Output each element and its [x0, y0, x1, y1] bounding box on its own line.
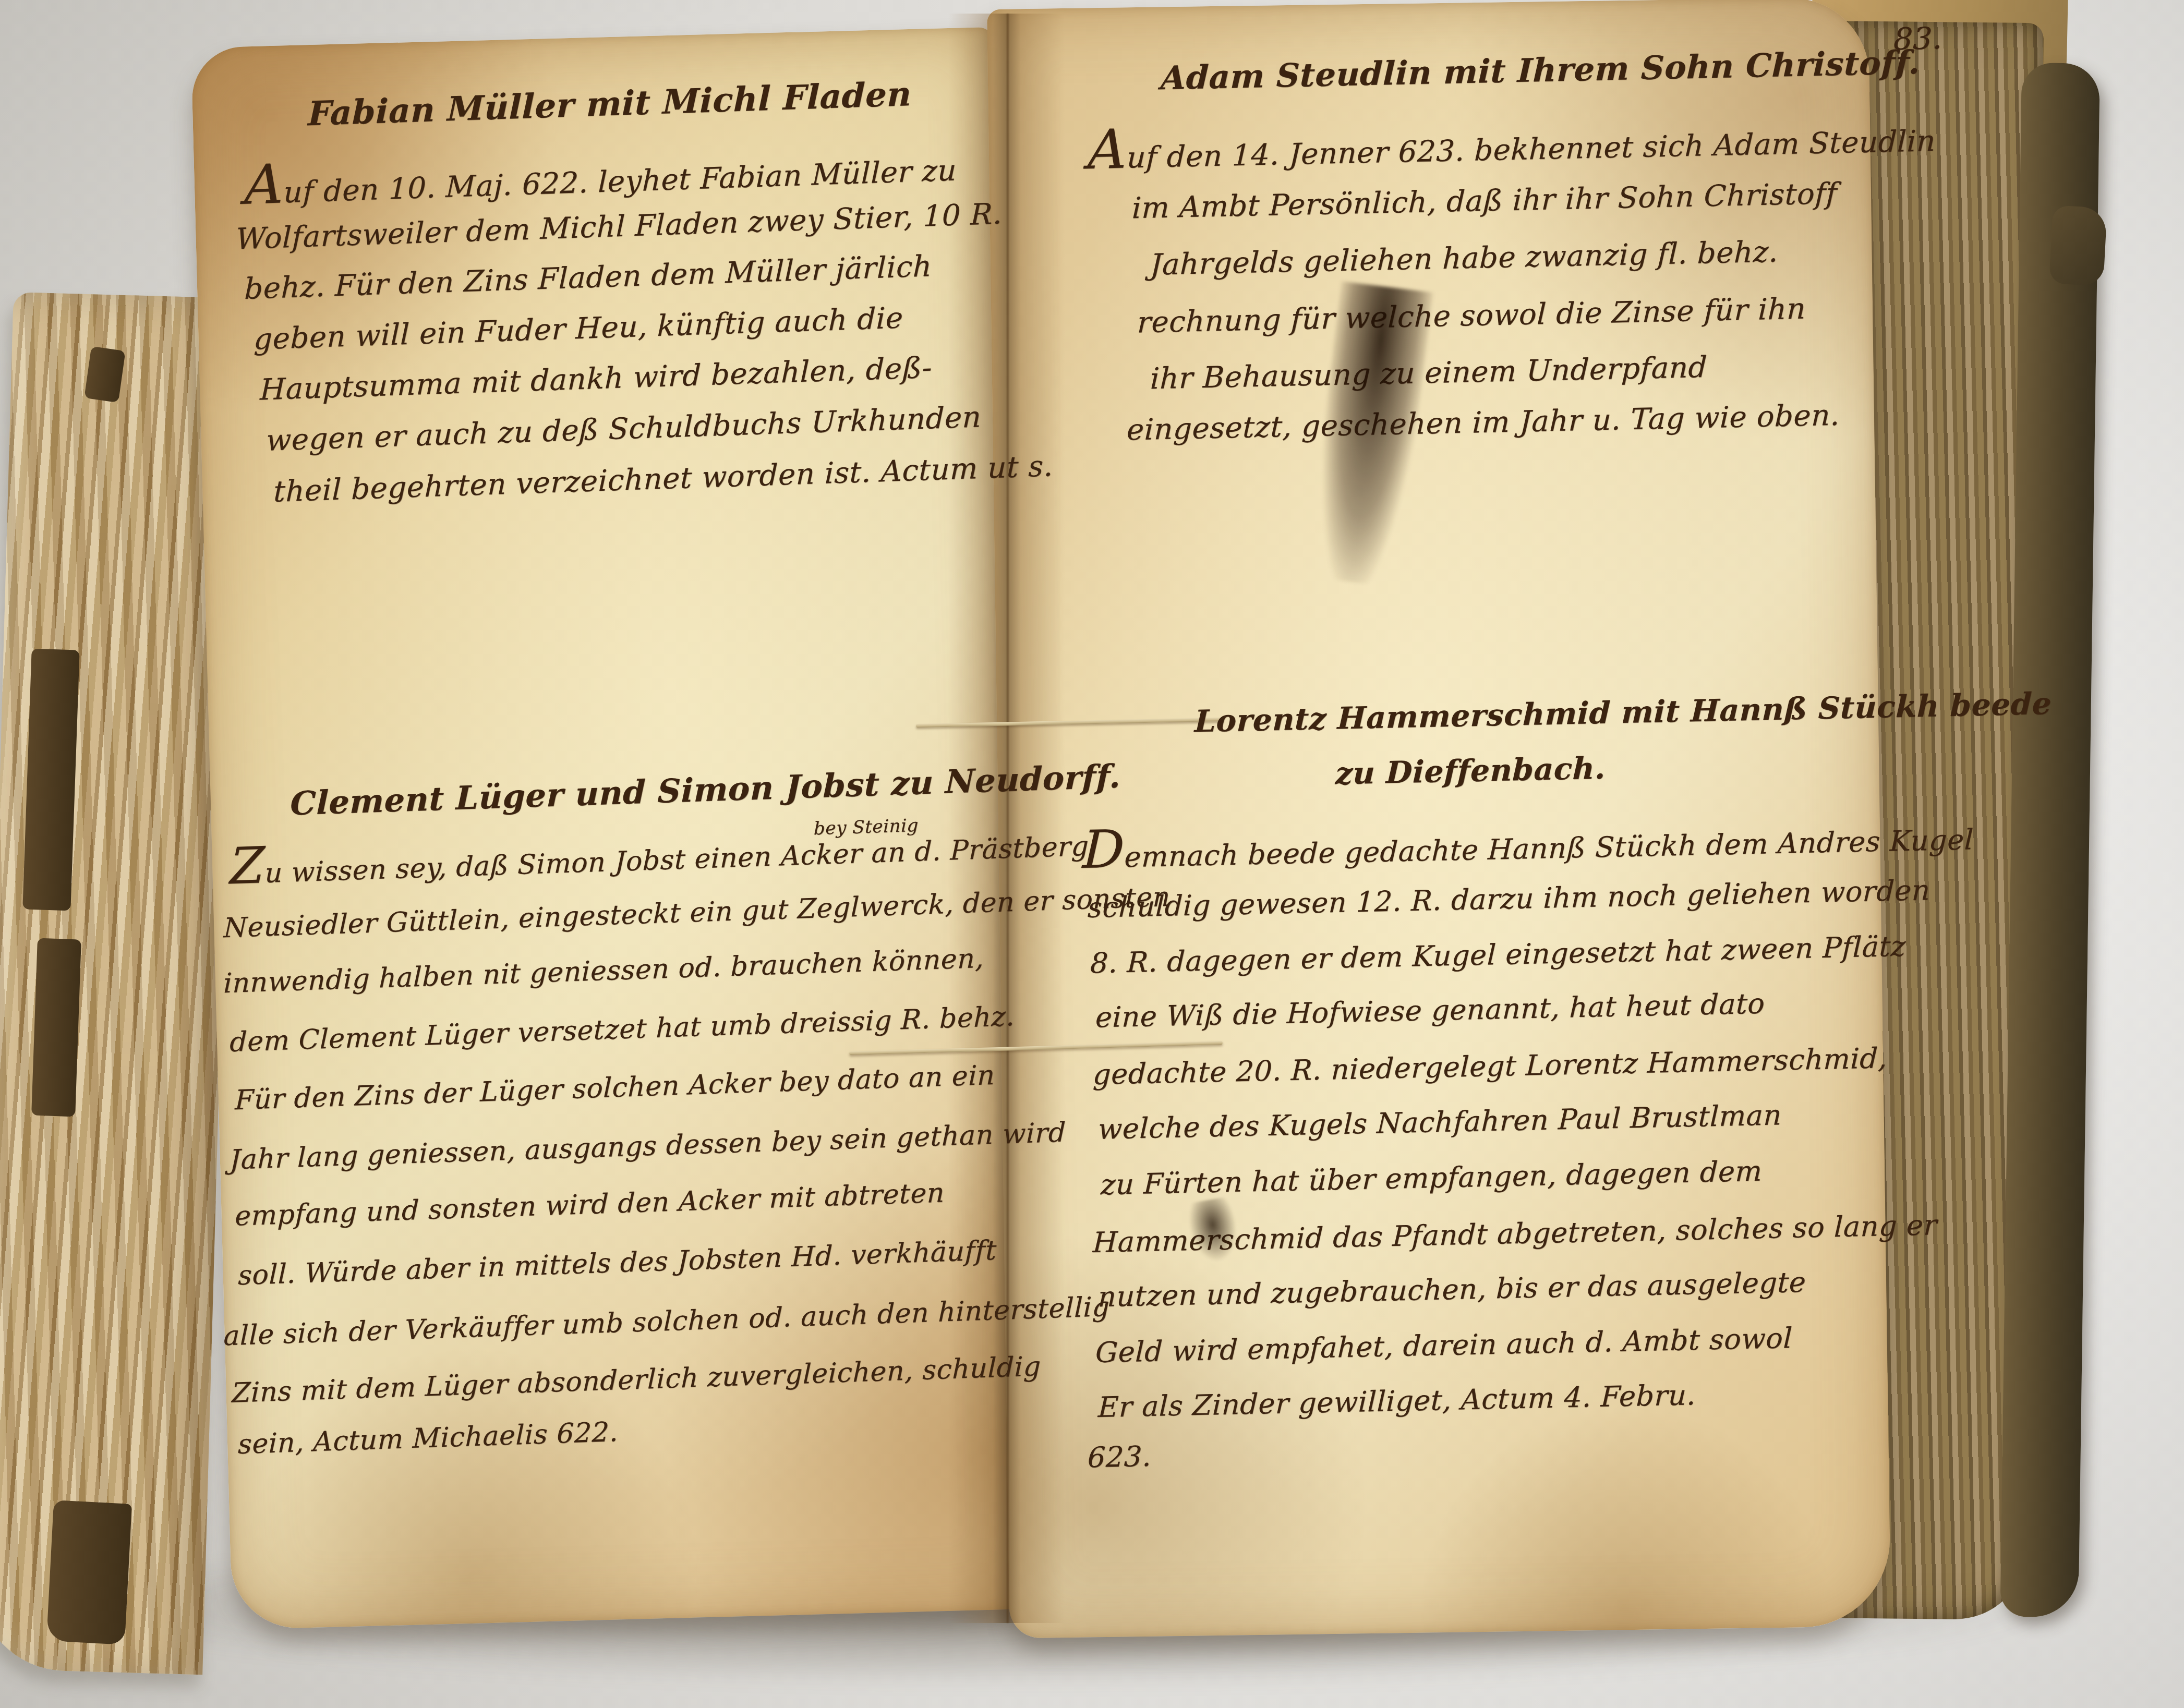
entry-heading-line2: zu Dieffenbach.	[1335, 750, 1606, 792]
manuscript-photo: 83. Fabian Müller mit Michl Fladen Auf d…	[0, 0, 2184, 1708]
manuscript-line: 623.	[1087, 1440, 1152, 1474]
cover-corner-knob	[2049, 205, 2107, 286]
spine-fragment	[22, 649, 79, 911]
spine-fragment	[84, 346, 125, 403]
spine-fragment	[31, 938, 81, 1117]
spine-fragment	[46, 1500, 132, 1644]
